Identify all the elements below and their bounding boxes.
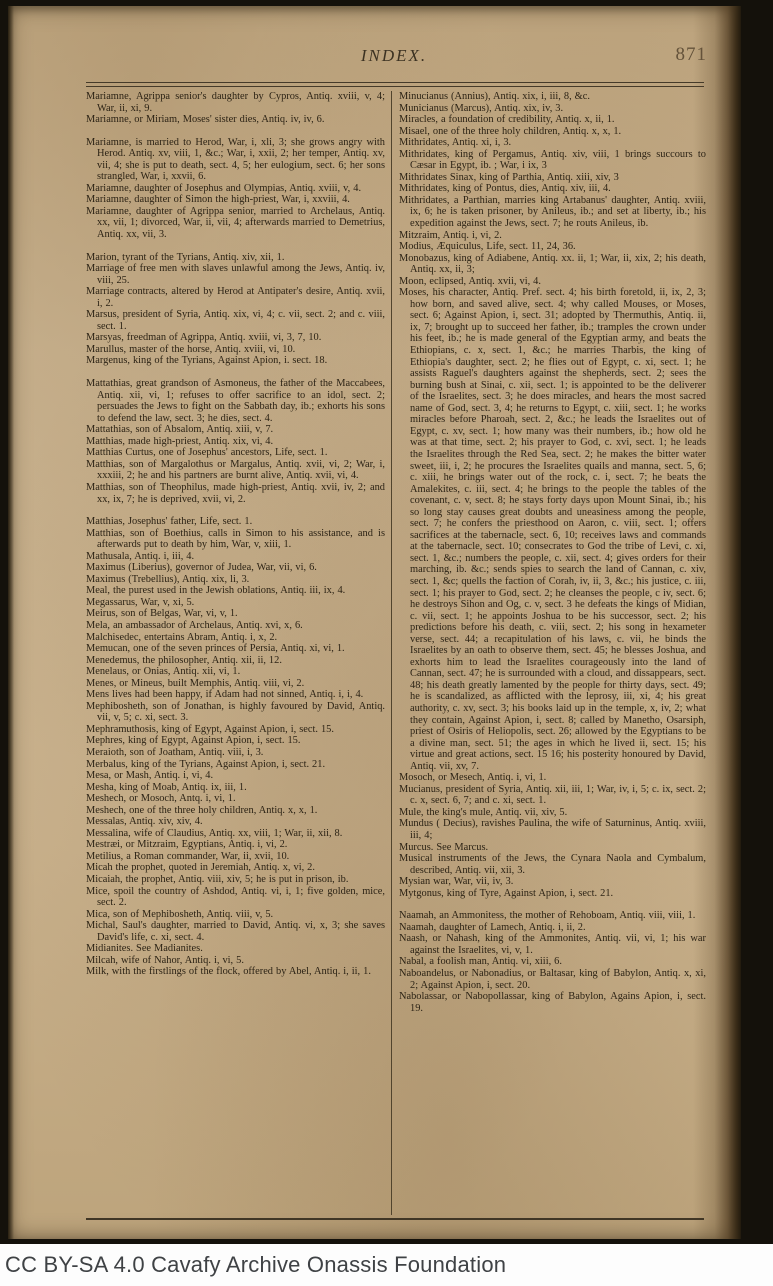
header-rule <box>86 82 704 87</box>
index-entry: Maximus (Trebellius), Antiq. xix, li, 3. <box>86 574 385 586</box>
index-entry: Mundus ( Decius), ravishes Paulina, the … <box>399 818 706 841</box>
index-entry: Mithridates, Antiq. xi, i, 3. <box>399 137 706 149</box>
index-entry: Marriage contracts, altered by Herod at … <box>86 286 385 309</box>
index-entry: Misael, one of the three holy children, … <box>399 126 706 138</box>
index-entry: Messalas, Antiq. xiv, xiv, 4. <box>86 816 385 828</box>
index-column-right: Minucianus (Annius), Antiq. xix, i, iii,… <box>391 91 706 1215</box>
footer-rule <box>86 1218 704 1220</box>
index-entry: Matthias Curtus, one of Josephus' ancest… <box>86 447 385 459</box>
index-entry: Memucan, one of the seven princes of Per… <box>86 643 385 655</box>
index-entry: Mysian war, War, vii, iv, 3. <box>399 876 706 888</box>
index-entry: Mariamne, daughter of Simon the high-pri… <box>86 194 385 206</box>
index-entry: Meal, the purest used in the Jewish obla… <box>86 585 385 597</box>
index-entry: Micaiah, the prophet, Antiq. viii, xiv, … <box>86 874 385 886</box>
page-number: 871 <box>676 44 708 66</box>
index-entry: Mariamne, daughter of Josephus and Olymp… <box>86 183 385 195</box>
index-entry: Modius, Æquiculus, Life, sect. 11, 24, 3… <box>399 241 706 253</box>
index-entry: Mephres, king of Egypt, Against Apion, i… <box>86 735 385 747</box>
license-bar: CC BY-SA 4.0 Cavafy Archive Onassis Foun… <box>0 1244 773 1286</box>
index-entry: Mariamne, Agrippa senior's daughter by C… <box>86 91 385 114</box>
index-entry: Mariamne, daughter of Agrippa senior, ma… <box>86 206 385 241</box>
index-entry: Mithridates, king of Pontus, dies, Antiq… <box>399 183 706 195</box>
index-entry: Mice, spoil the country of Ashdod, Antiq… <box>86 886 385 909</box>
index-entry: Matthias, son of Margalothus or Margalus… <box>86 459 385 482</box>
index-entry: Naash, or Nahash, king of the Ammonites,… <box>399 933 706 956</box>
index-entry: Meshech, one of the three holy children,… <box>86 805 385 817</box>
index-entry: Minucianus (Annius), Antiq. xix, i, iii,… <box>399 91 706 103</box>
index-entry: Mathusala, Antiq. i, iii, 4. <box>86 551 385 563</box>
index-entry: Mariamne, or Miriam, Moses' sister dies,… <box>86 114 385 126</box>
index-entry: Mela, an ambassador of Archelaus, Antiq.… <box>86 620 385 632</box>
index-entry: Matthias, Josephus' father, Life, sect. … <box>86 516 385 528</box>
index-entry: Margenus, king of the Tyrians, Against A… <box>86 355 385 367</box>
index-entry: Moses, his character, Antiq. Pref. sect.… <box>399 287 706 772</box>
index-entry: Musical instruments of the Jews, the Cyn… <box>399 853 706 876</box>
index-entry: Megassarus, War, v, xi, 5. <box>86 597 385 609</box>
index-entry: Mytgonus, king of Tyre, Against Apion, i… <box>399 888 706 900</box>
index-entry: Micah the prophet, quoted in Jeremiah, A… <box>86 862 385 874</box>
index-entry: Midianites. See Madianites. <box>86 943 385 955</box>
index-entry: Michal, Saul's daughter, married to Davi… <box>86 920 385 943</box>
index-entry: Mattathias, great grandson of Asmoneus, … <box>86 378 385 424</box>
index-column-left: Mariamne, Agrippa senior's daughter by C… <box>86 91 391 1215</box>
index-entry: Mattathias, son of Absalom, Antiq. xiii,… <box>86 424 385 436</box>
index-entry: Metilius, a Roman commander, War, ii, xv… <box>86 851 385 863</box>
index-entry: Menelaus, or Onias, Antiq. xii, vi, 1. <box>86 666 385 678</box>
index-entry: Naamah, daughter of Lamech, Antiq. i, ii… <box>399 922 706 934</box>
index-entry: Meshech, or Mosoch, Antq. i, vi, 1. <box>86 793 385 805</box>
index-entry: Murcus. See Marcus. <box>399 842 706 854</box>
index-entry: Meraioth, son of Joatham, Antiq. viii, i… <box>86 747 385 759</box>
index-entry: Mariamne, is married to Herod, War, i, x… <box>86 137 385 183</box>
page-left-edge-shadow <box>8 6 14 1239</box>
page-title: INDEX. <box>86 46 702 66</box>
index-entry: Matthias, son of Theophilus, made high-p… <box>86 482 385 505</box>
index-entry: Moon, eclipsed, Antiq. xvii, vi, 4. <box>399 276 706 288</box>
index-entry: Mithridates, king of Pergamus, Antiq. xi… <box>399 149 706 172</box>
index-entry: Milcah, wife of Nahor, Antiq. i, vi, 5. <box>86 955 385 967</box>
index-entry: Menes, or Mineus, built Memphis, Antiq. … <box>86 678 385 690</box>
index-entry: Mesa, or Mash, Antiq. i, vi, 4. <box>86 770 385 782</box>
index-entry: Marsus, president of Syria, Antiq. xix, … <box>86 309 385 332</box>
index-entry: Milk, with the firstlings of the flock, … <box>86 966 385 978</box>
index-columns: Mariamne, Agrippa senior's daughter by C… <box>86 91 706 1215</box>
index-entry: Mitzraim, Antiq. i, vi, 2. <box>399 230 706 242</box>
index-entry: Marsyas, freedman of Agrippa, Antiq. xvi… <box>86 332 385 344</box>
index-entry: Monobazus, king of Adiabene, Antiq. xx. … <box>399 253 706 276</box>
index-entry: Miracles, a foundation of credibility, A… <box>399 114 706 126</box>
index-entry: Marriage of free men with slaves unlawfu… <box>86 263 385 286</box>
index-entry: Mephramuthosis, king of Egypt, Against A… <box>86 724 385 736</box>
index-entry: Mens lives had been happy, if Adam had n… <box>86 689 385 701</box>
index-entry: Messalina, wife of Claudius, Antiq. xx, … <box>86 828 385 840</box>
index-entry: Mesha, king of Moab, Antiq. ix, iii, 1. <box>86 782 385 794</box>
index-entry: Malchisedec, entertains Abram, Antiq. i,… <box>86 632 385 644</box>
index-entry: Merbalus, king of the Tyrians, Against A… <box>86 759 385 771</box>
index-entry: Mucianus, president of Syria, Antiq. xii… <box>399 784 706 807</box>
index-entry: Matthias, made high-priest, Antiq. xix, … <box>86 436 385 448</box>
index-entry: Mica, son of Mephibosheth, Antiq. viii, … <box>86 909 385 921</box>
screenshot-stage: INDEX. 871 Mariamne, Agrippa senior's da… <box>0 0 773 1286</box>
index-entry: Mosoch, or Mesech, Antiq. i, vi, 1. <box>399 772 706 784</box>
index-entry: Marion, tyrant of the Tyrians, Antiq. xi… <box>86 252 385 264</box>
scanned-page: INDEX. 871 Mariamne, Agrippa senior's da… <box>8 6 741 1239</box>
index-entry: Mephibosheth, son of Jonathan, is highly… <box>86 701 385 724</box>
index-entry: Meirus, son of Belgas, War, vi, v, 1. <box>86 608 385 620</box>
index-entry: Nabolassar, or Nabopollassar, king of Ba… <box>399 991 706 1014</box>
index-entry: Mestræi, or Mitzraim, Egyptians, Antiq. … <box>86 839 385 851</box>
index-entry: Mithridates Sinax, king of Parthia, Anti… <box>399 172 706 184</box>
index-entry: Menedemus, the philosopher, Antiq. xii, … <box>86 655 385 667</box>
index-entry: Naboandelus, or Nabonadius, or Baltasar,… <box>399 968 706 991</box>
index-entry: Mule, the king's mule, Antiq. vii, xiv, … <box>399 807 706 819</box>
index-entry: Maximus (Liberius), governor of Judea, W… <box>86 562 385 574</box>
index-entry: Nabal, a foolish man, Antiq. vi, xiii, 6… <box>399 956 706 968</box>
index-entry: Matthias, son of Boethius, calls in Simo… <box>86 528 385 551</box>
license-text: CC BY-SA 4.0 Cavafy Archive Onassis Foun… <box>0 1252 506 1278</box>
index-entry: Marullus, master of the horse, Antiq. xv… <box>86 344 385 356</box>
index-entry: Mithridates, a Parthian, marries king Ar… <box>399 195 706 230</box>
index-entry: Naamah, an Ammonitess, the mother of Reh… <box>399 910 706 922</box>
index-entry: Municianus (Marcus), Antiq. xix, iv, 3. <box>399 103 706 115</box>
